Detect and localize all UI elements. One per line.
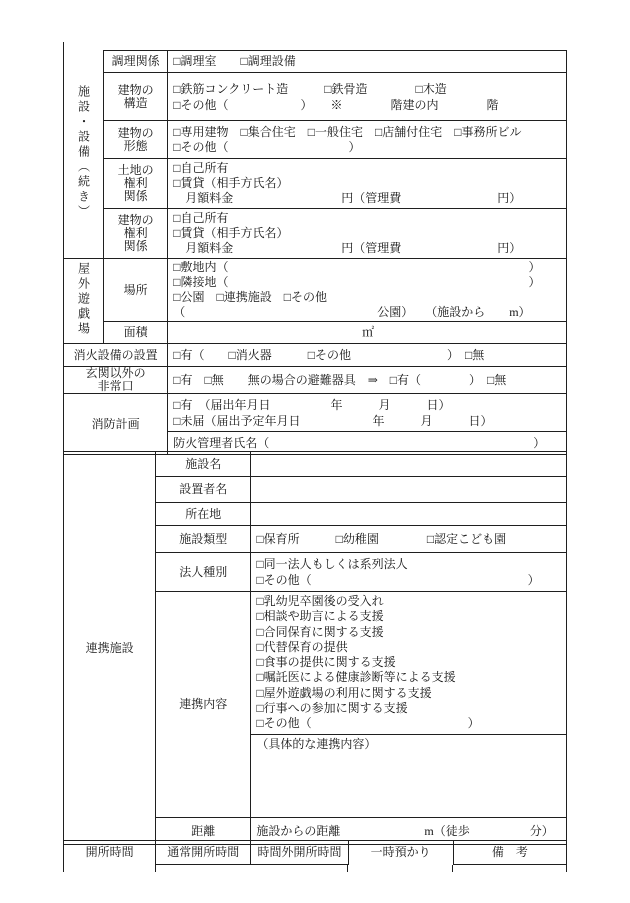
land-rights-content-cell: □自己所有 □賃貸（相手方氏名） 月額料金 円（管理費 円）: [168, 159, 567, 209]
building-rights-line-1: □自己所有: [173, 211, 563, 226]
partner-type-line: □保育所 □幼稚園 □認定こども園: [256, 532, 563, 547]
area-unit: ㎡: [173, 325, 563, 340]
cooperation-item: □相談や助言による支援: [256, 609, 563, 624]
emergency-exit-label-2: 非常口: [64, 380, 167, 393]
cooperation-item: □嘱託医による健康診断等による支援: [256, 670, 563, 685]
structure-label-1: 建物の: [104, 84, 167, 97]
fire-plan-content-cell: □有 （届出年月日 年 月 日） □未届（届出予定年月日 年 月 日）: [168, 394, 567, 432]
border-stub-bottom: [347, 865, 348, 872]
building-form-line-2: □その他（ ）: [173, 140, 563, 155]
structure-line-1: □鉄筋コンクリート造 □鉄骨造 □木造: [173, 81, 563, 97]
location-line-3: □公園 □連携施設 □その他: [173, 290, 563, 305]
fire-equipment-label-cell: 消火設備の設置: [64, 344, 168, 367]
partner-type-content-cell: □保育所 □幼稚園 □認定こども園: [251, 526, 567, 553]
partner-owner-value-cell: [251, 477, 567, 503]
building-form-line-1: □専用建物 □集合住宅 □一般住宅 □店舗付住宅 □事務所ビル: [173, 125, 563, 140]
partner-corp-content-cell: □同一法人もしくは系列法人 □その他（ ）: [251, 553, 567, 592]
land-rights-line-1: □自己所有: [173, 161, 563, 176]
building-rights-content-cell: □自己所有 □賃貸（相手方氏名） 月額料金 円（管理費 円）: [168, 209, 567, 259]
hours-normal-label: 通常開所時間: [156, 846, 250, 859]
building-form-label-cell: 建物の 形態: [104, 121, 168, 159]
land-rights-label-3: 関係: [104, 190, 167, 203]
hours-label: 開所時間: [64, 846, 155, 859]
cooking-label-cell: 調理関係: [104, 51, 168, 73]
structure-label-2: 構造: [104, 97, 167, 110]
form-page: 施設・設備（続き） 調理関係 □調理室 □調理設備 建物の 構造 □鉄筋コンクリ…: [0, 0, 630, 903]
cooperation-item: □屋外遊戯場の利用に関する支援: [256, 686, 563, 701]
cooperation-item: □合同保育に関する支援: [256, 625, 563, 640]
fire-equipment-label: 消火設備の設置: [64, 349, 167, 362]
building-rights-line-2: □賃貸（相手方氏名）: [173, 226, 563, 241]
location-label-cell: 場所: [104, 259, 168, 322]
cooperation-detail-label: （具体的な連携内容）: [256, 737, 563, 752]
border-stub-bottom: [566, 865, 567, 872]
partner-corp-line-2: □その他（ ）: [256, 572, 563, 588]
side-label-playground: 屋外遊戯場: [78, 262, 90, 337]
fire-equipment-content-cell: □有（ □消火器 □その他 ） □無: [168, 344, 567, 367]
structure-line-2: □その他（ ） ※ 階建の内 階: [173, 97, 563, 113]
facility-table: 施設・設備（続き） 調理関係 □調理室 □調理設備 建物の 構造 □鉄筋コンクリ…: [63, 50, 567, 455]
border-stub-bottom: [155, 865, 156, 872]
cooperation-detail-area: （具体的な連携内容）: [251, 735, 566, 817]
fire-plan-label-cell: 消防計画: [64, 394, 168, 455]
cooperation-label: 連携内容: [156, 698, 250, 711]
partner-address-value-cell: [251, 503, 567, 526]
border-stub-bottom: [63, 865, 64, 872]
hours-temporary-cell: 一時預かり: [348, 841, 453, 865]
emergency-exit-content-cell: □有 □無 無の場合の避難器具 ⇒ □有（ ） □無: [168, 367, 567, 394]
side-label-partner: 連携施設: [64, 642, 155, 655]
distance-label: 距離: [156, 825, 250, 838]
structure-content-cell: □鉄筋コンクリート造 □鉄骨造 □木造 □その他（ ） ※ 階建の内 階: [168, 73, 567, 121]
partner-type-label: 施設類型: [156, 533, 250, 546]
fire-plan-line-1: □有 （届出年月日 年 月 日）: [173, 397, 563, 413]
partner-name-label-cell: 施設名: [156, 452, 251, 477]
hours-extended-label: 時間外開所時間: [251, 846, 347, 859]
area-label-cell: 面積: [104, 322, 168, 344]
location-content-cell: □敷地内（ ） □隣接地（ ） □公園 □連携施設 □その他 （ 公園） （施設…: [168, 259, 567, 322]
hours-header-table: 開所時間 通常開所時間 時間外開所時間 一時預かり 備 考: [63, 840, 567, 865]
side-label-partner-cell: 連携施設: [64, 452, 156, 845]
fire-plan-line-2: □未届（届出予定年月日 年 月 日）: [173, 413, 563, 429]
partner-address-label: 所在地: [156, 508, 250, 521]
hours-extended-cell: 時間外開所時間: [251, 841, 348, 865]
partner-corp-label: 法人種別: [156, 566, 250, 579]
area-content-cell: ㎡: [168, 322, 567, 344]
cooperation-checklist: □乳幼児卒園後の受入れ □相談や助言による支援 □合同保育に関する支援 □代替保…: [251, 592, 566, 735]
building-rights-label-3: 関係: [104, 240, 167, 253]
partner-type-label-cell: 施設類型: [156, 526, 251, 553]
partner-owner-label: 設置者名: [156, 483, 250, 496]
distance-line: 施設からの距離 m（徒歩 分）: [256, 824, 563, 839]
hours-notes-cell: 備 考: [453, 841, 566, 865]
side-label-facility-cell: 施設・設備（続き）: [64, 51, 104, 259]
cooking-content-cell: □調理室 □調理設備: [168, 51, 567, 73]
partner-owner-label-cell: 設置者名: [156, 477, 251, 503]
land-rights-label-cell: 土地の 権利 関係: [104, 159, 168, 209]
emergency-exit-label-cell: 玄関以外の 非常口: [64, 367, 168, 394]
cooperation-content-cell: □乳幼児卒園後の受入れ □相談や助言による支援 □合同保育に関する支援 □代替保…: [251, 592, 567, 818]
partner-address-label-cell: 所在地: [156, 503, 251, 526]
hours-normal-cell: 通常開所時間: [156, 841, 251, 865]
building-rights-label-cell: 建物の 権利 関係: [104, 209, 168, 259]
land-rights-line-2: □賃貸（相手方氏名）: [173, 176, 563, 191]
hours-label-cell: 開所時間: [64, 841, 156, 865]
location-label: 場所: [104, 284, 167, 297]
cooperation-item: □乳幼児卒園後の受入れ: [256, 594, 563, 609]
cooperation-item: □その他（ ）: [256, 716, 563, 731]
hours-notes-label: 備 考: [454, 846, 566, 859]
building-rights-line-3: 月額料金 円（管理費 円）: [173, 241, 563, 256]
partner-table: 連携施設 施設名 設置者名 所在地 施設類型 □保育所 □幼稚園 □: [63, 451, 567, 845]
partner-name-label: 施設名: [156, 458, 250, 471]
border-stub-bottom: [452, 865, 453, 872]
building-form-label-2: 形態: [104, 140, 167, 153]
building-form-content-cell: □専用建物 □集合住宅 □一般住宅 □店舗付住宅 □事務所ビル □その他（ ）: [168, 121, 567, 159]
partner-name-value-cell: [251, 452, 567, 477]
area-label: 面積: [104, 326, 167, 339]
building-form-label-1: 建物の: [104, 127, 167, 140]
emergency-exit-line: □有 □無 無の場合の避難器具 ⇒ □有（ ） □無: [173, 373, 563, 388]
fire-plan-label: 消防計画: [64, 418, 167, 431]
side-label-playground-cell: 屋外遊戯場: [64, 259, 104, 344]
cooking-line: □調理室 □調理設備: [173, 54, 563, 69]
cooperation-item: □代替保育の提供: [256, 640, 563, 655]
fire-equipment-line: □有（ □消火器 □その他 ） □無: [173, 348, 563, 363]
fire-manager-line: 防火管理者氏名（ ）: [173, 436, 563, 451]
cooperation-item: □食事の提供に関する支援: [256, 655, 563, 670]
location-line-2: □隣接地（ ）: [173, 275, 563, 290]
partner-corp-line-1: □同一法人もしくは系列法人: [256, 556, 563, 572]
location-line-4: （ 公園） （施設から m）: [173, 305, 563, 320]
partner-corp-label-cell: 法人種別: [156, 553, 251, 592]
cooperation-label-cell: 連携内容: [156, 592, 251, 818]
side-label-facility: 施設・設備（続き）: [78, 85, 90, 220]
location-line-1: □敷地内（ ）: [173, 260, 563, 275]
cooking-label: 調理関係: [104, 55, 167, 68]
structure-label-cell: 建物の 構造: [104, 73, 168, 121]
hours-temporary-label: 一時預かり: [349, 846, 453, 859]
land-rights-line-3: 月額料金 円（管理費 円）: [173, 191, 563, 206]
cooperation-item: □行事への参加に関する支援: [256, 701, 563, 716]
